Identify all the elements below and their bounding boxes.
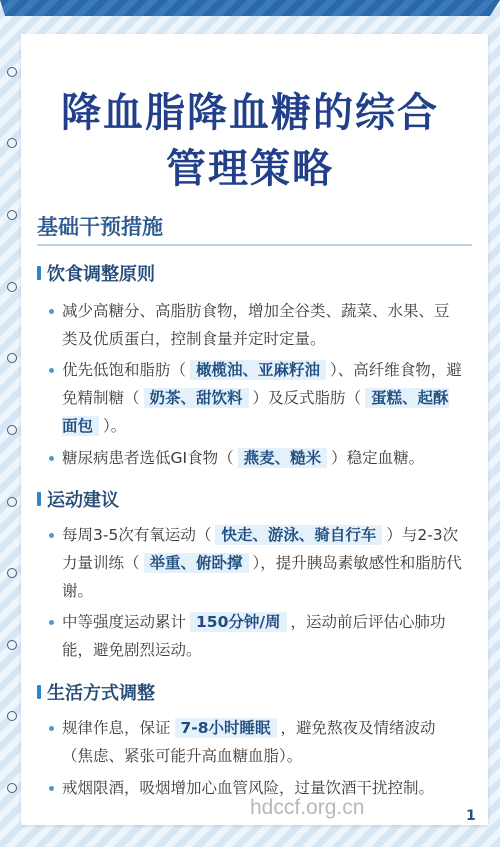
- highlight-tag: 举重、俯卧撑: [144, 553, 249, 573]
- ring-hole-icon: [7, 67, 17, 77]
- item-text: 优先低饱和脂肪（: [62, 361, 186, 379]
- list-item: 规律作息，保证7-8小时睡眠，避免熬夜及情绪波动（焦虑、紧张可能升高血糖血脂）。: [62, 714, 462, 770]
- bullet-icon: [49, 786, 54, 791]
- ring-hole-icon: [7, 210, 17, 220]
- list-item: 减少高糖分、高脂肪食物，增加全谷类、蔬菜、水果、豆类及优质蛋白，控制食量并定时定…: [62, 297, 462, 353]
- item-text: 每周3-5次有氧运动（: [62, 526, 211, 544]
- highlight-tag: 150分钟/周: [190, 612, 287, 632]
- ring-hole-icon: [7, 711, 17, 721]
- highlight-tag: 快走、游泳、骑自行车: [215, 525, 382, 545]
- bullet-icon: [49, 309, 54, 314]
- accent-bar-icon: [37, 685, 41, 699]
- subheading-lifestyle: 生活方式调整: [37, 679, 155, 705]
- bullet-icon: [49, 620, 54, 625]
- item-text: 中等强度运动累计: [62, 613, 186, 631]
- highlight-tag: 奶茶、甜饮料: [144, 388, 249, 408]
- section-divider: [37, 244, 472, 246]
- item-text: 规律作息，保证: [62, 719, 171, 737]
- subheading-exercise: 运动建议: [37, 486, 119, 512]
- bullet-icon: [49, 533, 54, 538]
- accent-bar-icon: [37, 492, 41, 506]
- subheading-label: 饮食调整原则: [47, 260, 155, 286]
- ring-hole-icon: [7, 282, 17, 292]
- highlight-tag: 橄榄油、亚麻籽油: [190, 360, 326, 380]
- item-text: ）稳定血糖。: [331, 449, 424, 467]
- item-text: 糖尿病患者选低GI食物（: [62, 449, 234, 467]
- highlight-tag: 7-8小时睡眠: [175, 718, 277, 738]
- accent-bar-icon: [37, 266, 41, 280]
- list-item: 每周3-5次有氧运动（快走、游泳、骑自行车）与2-3次力量训练（举重、俯卧撑），…: [62, 521, 462, 605]
- ring-hole-icon: [7, 425, 17, 435]
- page-number: 1: [466, 808, 476, 824]
- title-line-2: 管理策略: [0, 141, 500, 197]
- ring-hole-icon: [7, 568, 17, 578]
- item-text: ）。: [103, 417, 126, 435]
- title-line-1: 降血脂降血糖的综合: [0, 85, 500, 141]
- bullet-icon: [49, 456, 54, 461]
- item-text: 减少高糖分、高脂肪食物，增加全谷类、蔬菜、水果、豆类及优质蛋白，控制食量并定时定…: [62, 302, 450, 348]
- ring-hole-icon: [7, 783, 17, 793]
- watermark: hdccf.org.cn: [250, 796, 364, 820]
- bullet-icon: [49, 368, 54, 373]
- highlight-tag: 燕麦、糙米: [238, 448, 328, 468]
- ring-hole-icon: [7, 353, 17, 363]
- ring-hole-icon: [7, 497, 17, 507]
- subheading-label: 运动建议: [47, 486, 119, 512]
- bullet-icon: [49, 726, 54, 731]
- section-title: 基础干预措施: [37, 211, 163, 241]
- list-item: 糖尿病患者选低GI食物（燕麦、糙米）稳定血糖。: [62, 444, 462, 472]
- top-banner-stripe: [0, 0, 500, 16]
- subheading-diet: 饮食调整原则: [37, 260, 155, 286]
- item-text: 戒烟限酒，吸烟增加心血管风险，过量饮酒干扰控制。: [62, 779, 434, 797]
- page-title: 降血脂降血糖的综合 管理策略: [0, 85, 500, 197]
- item-text: ）及反式脂肪（: [253, 389, 362, 407]
- list-item: 中等强度运动累计150分钟/周，运动前后评估心肺功能，避免剧烈运动。: [62, 608, 462, 664]
- list-item: 优先低饱和脂肪（橄榄油、亚麻籽油）、高纤维食物，避免精制糖（奶茶、甜饮料）及反式…: [62, 356, 462, 440]
- ring-hole-icon: [7, 640, 17, 650]
- subheading-label: 生活方式调整: [47, 679, 155, 705]
